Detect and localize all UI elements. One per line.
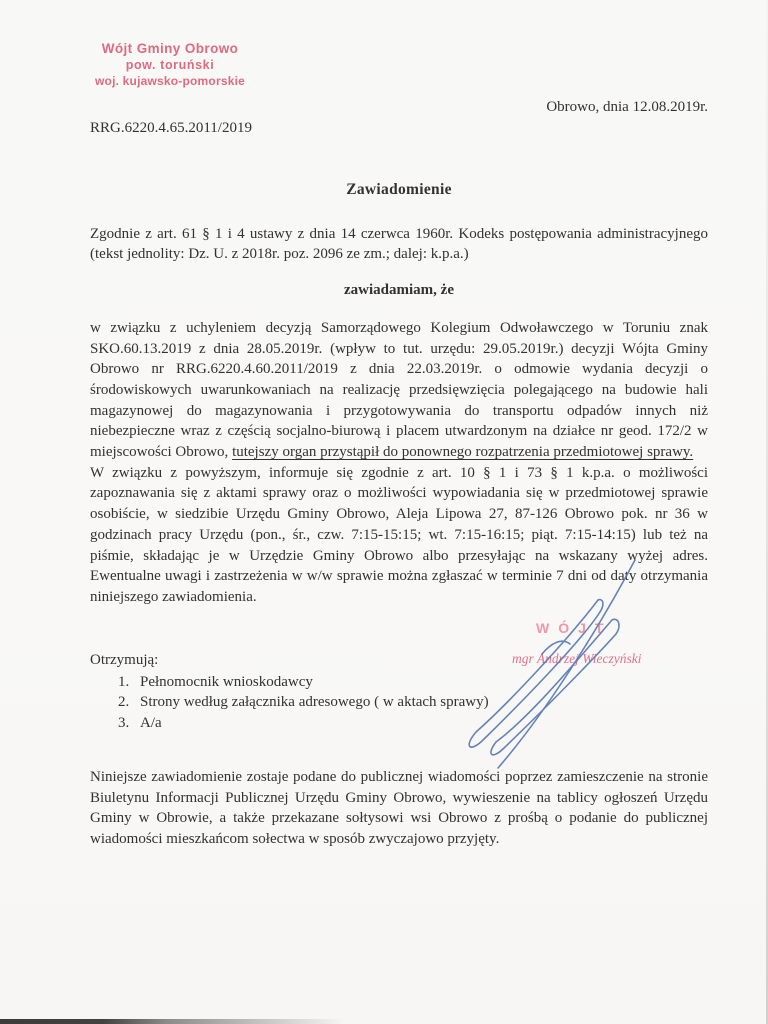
case-reference-number: RRG.6220.4.65.2011/2019	[90, 120, 252, 137]
list-item-number: 2.	[118, 692, 140, 713]
list-item-number: 3.	[118, 713, 140, 734]
mayor-title-stamp: WÓJT	[536, 620, 612, 636]
list-item-text: A/a	[140, 713, 162, 734]
municipality-stamp: Wójt Gminy Obrowo pow. toruński woj. kuj…	[84, 41, 256, 89]
list-item-text: Strony według załącznika adresowego ( w …	[140, 692, 489, 713]
scan-artifact-bottom	[0, 1019, 345, 1024]
scanned-document-page: Wójt Gminy Obrowo pow. toruński woj. kuj…	[0, 0, 768, 1024]
notification-subheading: zawiadamiam, że	[90, 280, 708, 301]
list-item-text: Pełnomocnik wnioskodawcy	[140, 672, 313, 693]
legal-basis-paragraph: Zgodnie z art. 61 § 1 i 4 ustawy z dnia …	[90, 224, 708, 265]
list-item: 2. Strony według załącznika adresowego (…	[90, 692, 489, 713]
public-notice-paragraph: Niniejsze zawiadomienie zostaje podane d…	[90, 767, 708, 850]
recipients-heading: Otrzymują:	[90, 650, 489, 671]
stamp-authority-name: Wójt Gminy Obrowo	[84, 41, 256, 57]
mayor-name-stamp: mgr Andrzej Wieczyński	[512, 651, 641, 667]
place-and-date: Obrowo, dnia 12.08.2019r.	[546, 99, 708, 116]
case-description-paragraph: w związku z uchyleniem decyzją Samorządo…	[90, 318, 708, 463]
document-body: Zawiadomienie Zgodnie z art. 61 § 1 i 4 …	[90, 180, 708, 608]
list-item-number: 1.	[118, 672, 140, 693]
stamp-voivodeship: woj. kujawsko-pomorskie	[84, 73, 256, 89]
document-title: Zawiadomienie	[90, 180, 708, 201]
list-item: 3. A/a	[90, 713, 489, 734]
case-description-text: w związku z uchyleniem decyzją Samorządo…	[90, 320, 708, 460]
underlined-statement: tutejszy organ przystąpił do ponownego r…	[232, 444, 693, 460]
list-item: 1. Pełnomocnik wnioskodawcy	[90, 672, 489, 693]
stamp-county: pow. toruński	[84, 57, 256, 73]
recipients-section: Otrzymują: 1. Pełnomocnik wnioskodawcy 2…	[90, 650, 489, 733]
rights-information-paragraph: W związku z powyższym, informuje się zgo…	[90, 463, 708, 608]
